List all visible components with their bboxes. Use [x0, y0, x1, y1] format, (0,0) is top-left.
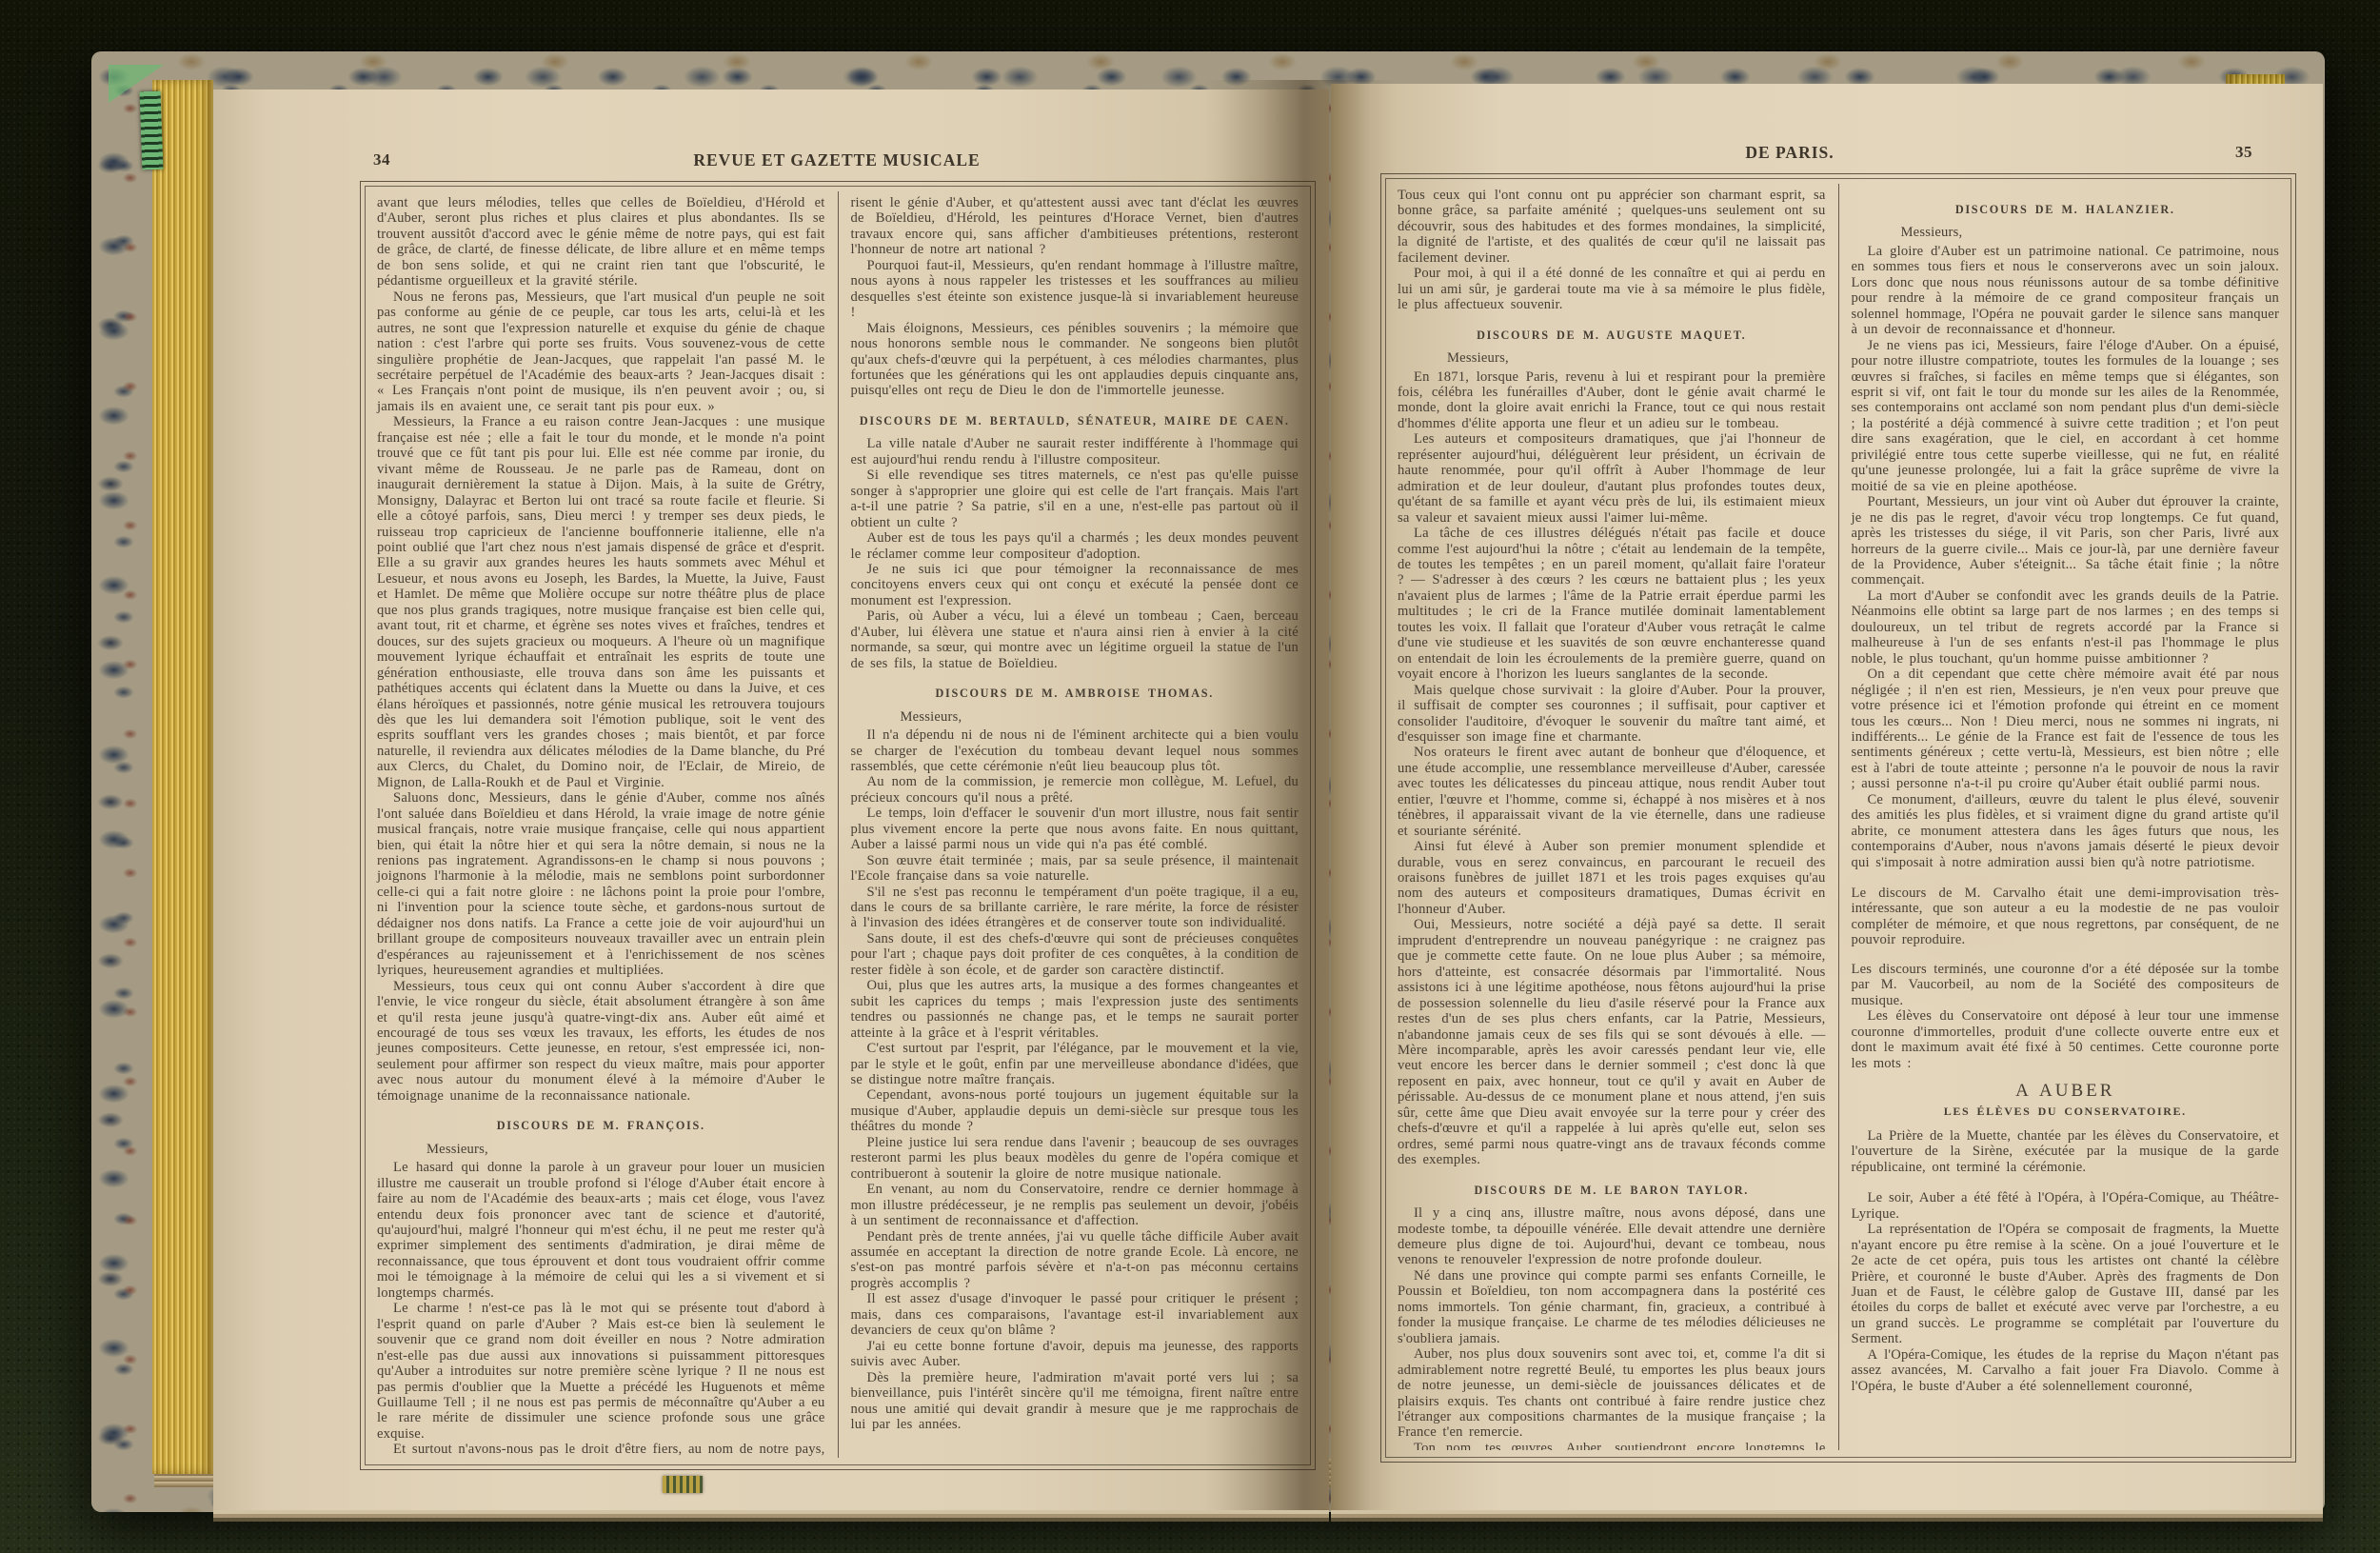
speech-heading: DISCOURS DE M. LE BARON TAYLOR. [1398, 1183, 1826, 1198]
paragraph: En 1871, lorsque Paris, revenu à lui et … [1398, 369, 1826, 432]
paragraph: Il y a cinq ans, illustre maître, nous a… [1398, 1205, 1826, 1268]
paragraph: Le charme ! n'est-ce pas là le mot qui s… [377, 1301, 825, 1442]
green-edge-label [140, 91, 164, 170]
paragraph: La mort d'Auber se confondit avec les gr… [1852, 588, 2280, 667]
paragraph: Pleine justice lui sera rendue dans l'av… [851, 1135, 1299, 1182]
speech-heading: DISCOURS DE M. BERTAULD, SÉNATEUR, MAIRE… [851, 413, 1299, 428]
speech-heading: DISCOURS DE M. AUGUSTE MAQUET. [1398, 328, 1826, 343]
left-page: 34 REVUE ET GAZETTE MUSICALE avant que l… [213, 90, 1329, 1510]
paragraph: Au nom de la commission, je remercie mon… [851, 774, 1299, 806]
paragraph: En venant, au nom du Conservatoire, rend… [851, 1182, 1299, 1228]
paragraph: Le soir, Auber a été fêté à l'Opéra, à l… [1852, 1190, 2280, 1222]
paragraph: Mais quelque chose survivait : la gloire… [1398, 683, 1826, 746]
paragraph: La ville natale d'Auber ne saurait reste… [851, 436, 1299, 468]
book: 34 REVUE ET GAZETTE MUSICALE avant que l… [91, 51, 2325, 1512]
salutation: Messieurs, [1852, 225, 2280, 240]
salutation: Messieurs, [851, 709, 1299, 725]
salutation: Messieurs, [1398, 350, 1826, 366]
paragraph: Ton nom, tes œuvres, Auber, soutiendront… [1398, 1441, 1826, 1450]
speech-heading: DISCOURS DE M. AMBROISE THOMAS. [851, 686, 1299, 701]
speech-heading: DISCOURS DE M. HALANZIER. [1852, 202, 2280, 217]
paragraph: Le hasard qui donne la parole à un grave… [377, 1160, 825, 1301]
column-3: Tous ceux qui l'ont connu ont pu appréci… [1395, 184, 1838, 1450]
paragraph: Pourquoi faut-il, Messieurs, qu'en renda… [851, 258, 1299, 321]
paragraph: Pourtant, Messieurs, un jour vint où Aub… [1852, 494, 2280, 588]
paragraph: Les auteurs et compositeurs dramatiques,… [1398, 431, 1826, 526]
right-page: DE PARIS. 35 Tous ceux qui l'ont connu o… [1331, 84, 2323, 1510]
paragraph: Je ne viens pas ici, Messieurs, faire l'… [1852, 338, 2280, 495]
page-number-right: 35 [2235, 143, 2252, 162]
paragraph-continuation: Tous ceux qui l'ont connu ont pu appréci… [1398, 188, 1826, 266]
paragraph: Mais éloignons, Messieurs, ces pénibles … [851, 321, 1299, 399]
paragraph: Ce monument, d'ailleurs, œuvre du talent… [1852, 792, 2280, 870]
paragraph: Il est assez d'usage d'invoquer le passé… [851, 1291, 1299, 1338]
paragraph-continuation: Les discours terminés, une couronne d'or… [1852, 962, 2280, 1008]
running-head-right: DE PARIS. 35 [1331, 143, 2323, 166]
bottom-edge-label [663, 1476, 703, 1493]
paragraph: Paris, où Auber a vécu, lui a élevé un t… [851, 608, 1299, 671]
paragraph: Dès la première heure, l'admiration m'av… [851, 1370, 1299, 1433]
salutation: Messieurs, [377, 1142, 825, 1157]
journal-title-right: DE PARIS. [1380, 143, 2199, 163]
text-frame-left: avant que leurs mélodies, telles que cel… [360, 181, 1316, 1470]
paragraph: Il n'a dépendu ni de nous ni de l'éminen… [851, 727, 1299, 774]
speech-heading: DISCOURS DE M. FRANÇOIS. [377, 1118, 825, 1133]
dedication-subtitle: LES ÉLÈVES DU CONSERVATOIRE. [1852, 1104, 2280, 1119]
paragraph-continuation: Le discours de M. Carvalho était une dem… [1852, 886, 2280, 948]
paragraph: La tâche de ces illustres délégués n'éta… [1398, 526, 1826, 683]
paragraph: Saluons donc, Messieurs, dans le génie d… [377, 790, 825, 978]
paragraph: Je ne suis ici que pour témoigner la rec… [851, 562, 1299, 608]
paragraph: Si elle revendique ses titres maternels,… [851, 468, 1299, 530]
paragraph: Oui, Messieurs, notre société a déjà pay… [1398, 917, 1826, 1167]
paragraph: Auber est de tous les pays qu'il a charm… [851, 530, 1299, 562]
photo-backdrop: 34 REVUE ET GAZETTE MUSICALE avant que l… [0, 0, 2380, 1553]
page-edges-left [152, 80, 213, 1474]
paragraph: J'ai eu cette bonne fortune d'avoir, dep… [851, 1339, 1299, 1370]
paragraph: La gloire d'Auber est un patrimoine nati… [1852, 244, 2280, 338]
column-2: risent le génie d'Auber, et qu'attestent… [839, 191, 1302, 1458]
paragraph: Et surtout n'avons-nous pas le droit d'ê… [377, 1442, 825, 1458]
paragraph: S'il ne s'est pas reconnu le tempérament… [851, 885, 1299, 931]
paragraph: Messieurs, tous ceux qui ont connu Auber… [377, 979, 825, 1105]
text-frame-right: Tous ceux qui l'ont connu ont pu appréci… [1380, 173, 2296, 1463]
paragraph-continuation: risent le génie d'Auber, et qu'attestent… [851, 195, 1299, 258]
column-1: avant que leurs mélodies, telles que cel… [374, 191, 838, 1458]
paragraph: Oui, plus que les autres arts, la musiqu… [851, 978, 1299, 1041]
paragraph: Cependant, avons-nous porté toujours un … [851, 1087, 1299, 1134]
paragraph: La Prière de la Muette, chantée par les … [1852, 1128, 2280, 1175]
dedication-title: A AUBER [1852, 1084, 2280, 1099]
paragraph: Le temps, loin d'effacer le souvenir d'u… [851, 806, 1299, 852]
paragraph: Sans doute, il est des chefs-d'œuvre qui… [851, 931, 1299, 978]
paragraph: Pour moi, à qui il a été donné de les co… [1398, 266, 1826, 312]
journal-title: REVUE ET GAZETTE MUSICALE [360, 150, 1314, 170]
paragraph: Né dans une province qui compte parmi se… [1398, 1268, 1826, 1346]
paragraph: Auber, nos plus doux souvenirs sont avec… [1398, 1346, 1826, 1441]
paragraph: A l'Opéra-Comique, les études de la repr… [1852, 1347, 2280, 1394]
paragraph: Messieurs, la France a eu raison contre … [377, 414, 825, 790]
paragraph: Les élèves du Conservatoire ont déposé à… [1852, 1008, 2280, 1071]
paragraph: Son œuvre était terminée ; mais, par sa … [851, 853, 1299, 885]
paragraph: Ainsi fut élevé à Auber son premier monu… [1398, 839, 1826, 917]
column-4: DISCOURS DE M. HALANZIER.Messieurs,La gl… [1839, 184, 2283, 1450]
paragraph-continuation: avant que leurs mélodies, telles que cel… [377, 195, 825, 289]
paragraph: On a dit cependant que cette chère mémoi… [1852, 667, 2280, 792]
spacer [1852, 948, 2280, 962]
paragraph: Nous ne ferons pas, Messieurs, que l'art… [377, 289, 825, 415]
running-head-left: 34 REVUE ET GAZETTE MUSICALE [213, 150, 1329, 173]
paragraph: Nos orateurs le firent avec autant de bo… [1398, 745, 1826, 839]
spacer [1852, 1175, 2280, 1190]
paragraph: C'est surtout par l'esprit, par l'élégan… [851, 1041, 1299, 1087]
paragraph: Pendant près de trente années, j'ai vu q… [851, 1229, 1299, 1292]
spacer [1852, 870, 2280, 886]
paragraph: La représentation de l'Opéra se composai… [1852, 1222, 2280, 1347]
